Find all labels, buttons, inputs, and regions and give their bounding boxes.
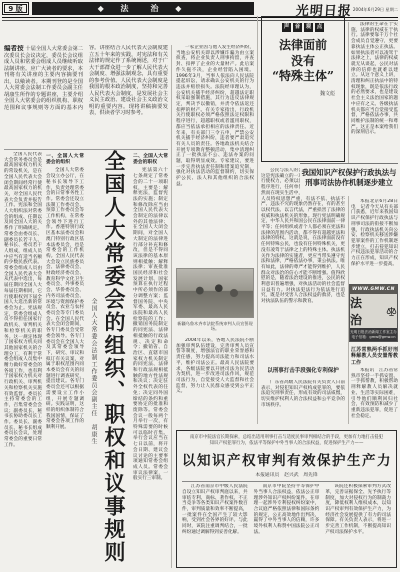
case-article-continued: 2004年以来，各地人民法院不断加强审判队伍建设，完善审判人员宣誓等制度，增强法… (176, 338, 254, 424)
bottom-article-paragraph: 江苏省南京市中级人民法院自设立知识产权审判庭以来，共审结专利、商标、著作权、不正… (182, 484, 248, 535)
fazhi-logo-title: 法 治 (350, 294, 383, 328)
column-divider (348, 22, 349, 424)
flag-char: 音 (293, 23, 302, 32)
commentary-byline: 魏文彪 (265, 90, 341, 97)
ipr-brief-headline-line: 刑事司法协作机制逐步建立 (300, 178, 398, 188)
bottom-article-kicker: 南京市中院法官长期探索，总结出适用刑事打击与适度民事审判相结合的手段，更加有力地… (189, 435, 385, 446)
case-paragraph: 2004年以来，各地人民法院不断加强审判队伍建设，完善审判人员宣誓等制度，增强法… (176, 338, 254, 395)
ipr-brief-paragraph: 本报北京6月28日电 记者今天从有关部门获悉，近年来我国知识产权保护行政执法与刑… (351, 199, 398, 267)
commentary-column-flag: 声 音 观 点 (265, 23, 341, 32)
masthead-logo: 光明日报 (295, 0, 354, 17)
column-divider (171, 45, 172, 568)
editor-note-text: 十届全国人大常委会第二次委员长会议决定，委员长会议组成人员和常委会组成人员继续听… (4, 45, 168, 116)
ipr-brief-headline: 我国知识产权保护行政执法与 刑事司法协作机制逐步建立 (300, 163, 398, 196)
gmw-url-banner: WWW.GMW.CN (350, 285, 397, 294)
lecture-subhead-1: 一、全国人大常委会的组织 (46, 154, 84, 165)
editor-note: 编者按 十届全国人大常委会第二次委员长会议决定，委员长会议组成人员和常委会组成人… (4, 45, 168, 147)
editor-note-rule (4, 149, 168, 150)
commentary-headline-line: 法律面前 (265, 38, 341, 54)
flag-char: 点 (315, 23, 324, 32)
scales-of-justice-icon (386, 302, 397, 321)
right-brief-body: 本报讯 江苏省常熟市坚持一手抓安置、一手抓帮教，积极帮助刑释解教人员解决就业、生… (351, 368, 398, 424)
photo-caption: 新疆乌鲁木齐市法院系统审判人员宣誓现场。 (176, 321, 254, 332)
lecture-paragraph: 全国人民代表大会常务委员会是最高国家权力机关的常设机关，是在全国人民代表大会闭会… (4, 152, 42, 449)
right-column-top: 法律的生命在于实施，法律的权威在于执行。法律要靠千万个社会成员自觉遵守，更要靠执… (351, 22, 398, 160)
news-photo (176, 268, 254, 318)
commentary-paragraph: 广东省高级人民法院有关负责人日前表示，对侵犯知识产权构成犯罪的，要依法追究刑事责… (261, 380, 345, 409)
gmw-footer-lines: 光明日报法治新闻工作室主办 电子信箱：gmw@gmw.cn (350, 328, 397, 341)
editor-note-label: 编者按 (4, 45, 24, 52)
bottom-article-paragraph: 该院还积极探索审判方式改革，完善证据保全、先予执行等制度，加大对侵权行为的制裁力… (325, 484, 391, 535)
section-banner-label: ◆ 法 治 ◆ (98, 3, 189, 14)
vertical-byline: 全国人大常委会法制工作委员会副主任 胡康生 (85, 298, 98, 508)
commentary-headline-line: “特殊主体” (265, 69, 341, 85)
bottom-article-byline: 本报通讯员 赵兴武 周先锋 (182, 471, 391, 478)
lecture-paragraph: 宪法第六十七条规定了常委会的二十一项职权，主要是：解释宪法，监督宪法的实施；制定… (133, 168, 168, 482)
commentary-body: 公民与法人的合法财产受法律保护，这是宪法确立的一项基本原则。执法机关行使权力，必… (261, 168, 345, 362)
newspaper-page: 9 版 ◆ 法 治 ◆ 光明日报 2004年6月29日 星期二 编者按 十届全国… (0, 0, 400, 572)
vertical-headline: 全国人大常委会的组织、职权和议事规则 (99, 150, 129, 572)
gmw-logo-box: WWW.GMW.CN 法 治 光明日报法治新闻工作室主办 电子信箱：gmw@gm… (349, 284, 398, 342)
bottom-article-divider (182, 481, 391, 482)
column-divider (257, 16, 258, 424)
bottom-article-paragraph: 南京市中院坚持平等保护中外当事人合法权益，依法公正审理涉外知识产权纠纷案件。在审… (254, 484, 320, 535)
page-number-label: 9 版 (8, 4, 22, 14)
lecture-column-3: 二、全国人大常委会的职权 宪法第六十七条规定了常委会的二十一项职权，主要是：解释… (133, 152, 168, 568)
commentary-headline-line: 没有 (265, 54, 341, 70)
ipr-brief-body: 本报北京6月28日电 记者今天从有关部门获悉，近年来我国知识产权保护行政执法与刑… (351, 199, 398, 281)
page-number-box: 9 版 (2, 2, 29, 15)
commentary-box: 声 音 观 点 法律面前 没有 “特殊主体” 魏文彪 (261, 16, 345, 162)
commentary-headline: 法律面前 没有 “特殊主体” (265, 38, 341, 85)
flag-char: 观 (304, 23, 313, 32)
bottom-article-body: 江苏省南京市中级人民法院自设立知识产权审判庭以来，共审结专利、商标、著作权、不正… (182, 484, 391, 558)
fazhi-logo-row: 法 治 (350, 294, 397, 328)
lecture-column-1: 全国人民代表大会常务委员会是最高国家权力机关的常设机关，是在全国人民代表大会闭会… (4, 152, 42, 568)
case-paragraph: 一家企业因与他人发生经济纠纷，当地公安机关即以涉嫌诈骗为由立案侦查，将企业负责人… (176, 45, 254, 188)
bottom-article-box: 南京市中院法官长期探索，总结出适用刑事打击与适度民事审判相结合的手段，更加有力地… (176, 430, 397, 568)
issue-date: 2004年6月29日 星期二 (350, 7, 398, 13)
lecture-subhead-2: 二、全国人大常委会的职权 (133, 154, 168, 165)
lecture-paragraph: 全国人大常委会设立办公厅，在秘书长领导下工作，负责处理常委会的日常事务性工作。常… (46, 168, 84, 430)
right-brief-headline: 江苏常熟两手抓好刑释解教人员安置帮教工作 (351, 347, 398, 366)
commentary-crosshead: 以刑事打击手段强化专利保护 (261, 366, 345, 374)
right-brief-paragraph: 本报讯 江苏省常熟市坚持一手抓安置、一手抓帮教，积极帮助刑释解教人员解决就业、生… (351, 368, 398, 419)
right-column-paragraph: 法律的生命在于实施，法律的权威在于执行。法律要靠千万个社会成员自觉遵守，更要靠执… (351, 22, 398, 136)
lecture-column-2: 一、全国人大常委会的组织 全国人大常委会设立办公厅，在秘书长领导下工作，负责处理… (46, 152, 84, 568)
section-banner: ◆ 法 治 ◆ (32, 2, 254, 15)
ipr-brief-headline-line: 我国知识产权保护行政执法与 (300, 168, 398, 178)
commentary-body-continued: 广东省高级人民法院有关负责人日前表示，对侵犯知识产权构成犯罪的，要依法追究刑事责… (261, 380, 345, 424)
bottom-article-headline: 以知识产权审判有效保护生产力 (182, 449, 391, 469)
flag-char: 声 (282, 23, 291, 32)
gmw-footer-line: 电子信箱：gmw@gmw.cn (351, 335, 395, 340)
case-article-column: 一家企业因与他人发生经济纠纷，当地公安机关即以涉嫌诈骗为由立案侦查，将企业负责人… (176, 45, 254, 265)
